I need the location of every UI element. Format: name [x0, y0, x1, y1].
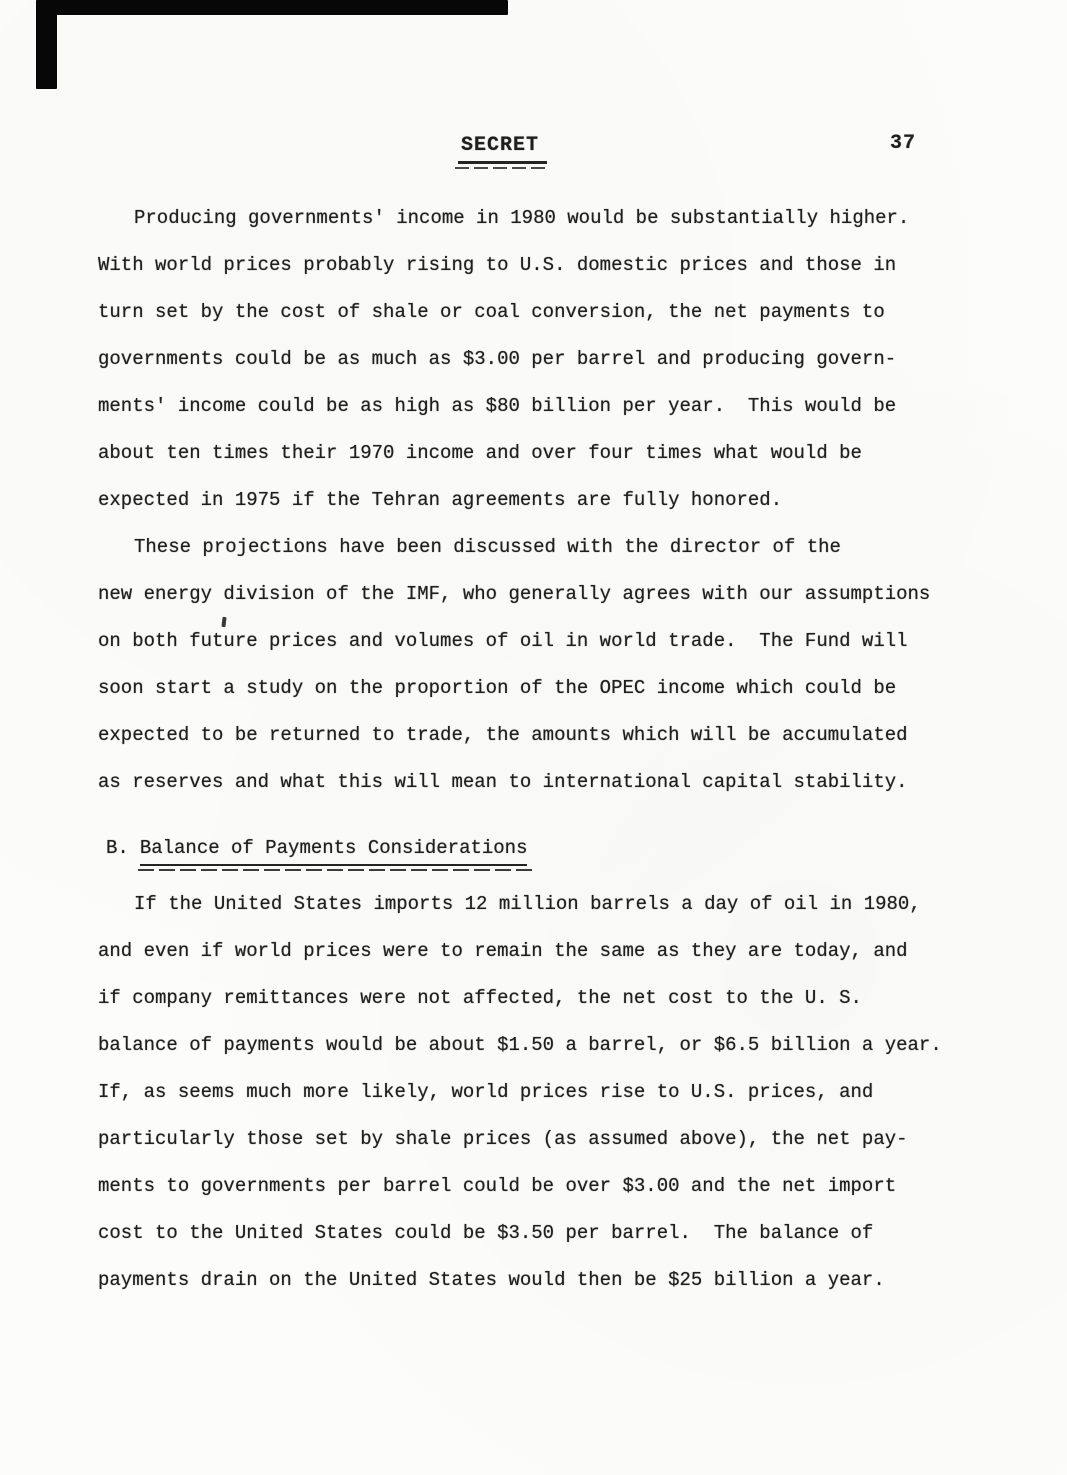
text-line: particularly those set by shale prices (… — [98, 1116, 978, 1163]
text-line: expected to be returned to trade, the am… — [98, 712, 978, 759]
classification-underline — [458, 161, 547, 164]
text-line: about ten times their 1970 income and ov… — [98, 430, 978, 477]
section-title: Balance of Payments Considerations — [140, 834, 528, 866]
text-line: turn set by the cost of shale or coal co… — [98, 289, 978, 336]
text-line: payments drain on the United States woul… — [98, 1257, 978, 1304]
text-line: Producing governments' income in 1980 wo… — [98, 195, 978, 242]
section-label: B. — [106, 834, 129, 862]
text-line: governments could be as much as $3.00 pe… — [98, 336, 978, 383]
text-line: cost to the United States could be $3.50… — [98, 1210, 978, 1257]
scan-artifact-horizontal-bar — [36, 0, 508, 15]
document-page: SECRET 37 Producing governments' income … — [0, 0, 1067, 1475]
text-line: If the United States imports 12 million … — [98, 881, 978, 928]
text-line: ments to governments per barrel could be… — [98, 1163, 978, 1210]
text-line: These projections have been discussed wi… — [98, 524, 978, 571]
paragraph: If the United States imports 12 million … — [98, 881, 978, 1304]
text-line: balance of payments would be about $1.50… — [98, 1022, 978, 1069]
text-line: soon start a study on the proportion of … — [98, 665, 978, 712]
text-line: If, as seems much more likely, world pri… — [98, 1069, 978, 1116]
document-body: Producing governments' income in 1980 wo… — [98, 195, 978, 1304]
text-line: and even if world prices were to remain … — [98, 928, 978, 975]
text-line: With world prices probably rising to U.S… — [98, 242, 978, 289]
text-line: new energy division of the IMF, who gene… — [98, 571, 978, 618]
text-line: on both future prices and volumes of oil… — [98, 618, 978, 665]
section-heading: B. Balance of Payments Considerations — [98, 834, 978, 881]
paragraph: These projections have been discussed wi… — [98, 524, 978, 806]
text-line: expected in 1975 if the Tehran agreement… — [98, 477, 978, 524]
paragraph: Producing governments' income in 1980 wo… — [98, 195, 978, 524]
text-line: if company remittances were not affected… — [98, 975, 978, 1022]
page-number: 37 — [890, 133, 916, 155]
classification-marking: SECRET — [461, 136, 539, 156]
text-line: as reserves and what this will mean to i… — [98, 759, 978, 806]
classification-underline-secondary — [455, 167, 549, 169]
text-line: ments' income could be as high as $80 bi… — [98, 383, 978, 430]
